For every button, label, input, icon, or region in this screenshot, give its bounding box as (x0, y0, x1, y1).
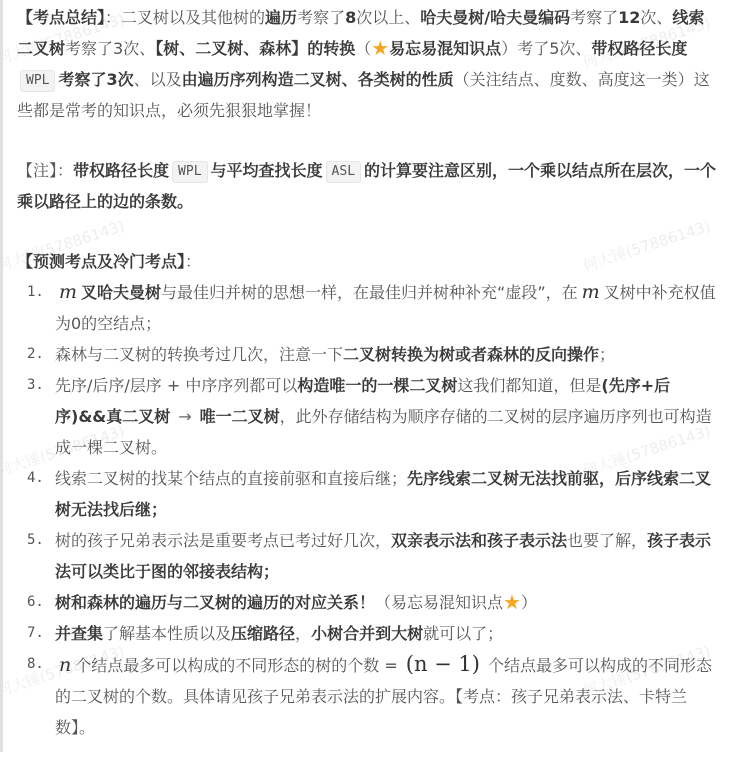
blockquote: 【考点总结】：二叉树以及其他树的遍历考察了8次以上、哈夫曼树/哈夫曼编码考察了1… (0, 0, 729, 752)
list-item: 5. 树的孩子兄弟表示法是重要考点已考过好几次，双亲表示法和孩子表示法也要了解，… (17, 525, 719, 587)
summary-heading: 【考点总结】 (17, 8, 105, 27)
inline-code-wpl: WPL (20, 70, 55, 92)
predict-heading: 【预测考点及冷门考点】 (17, 252, 185, 271)
list-number: 2. (27, 339, 44, 370)
list-item: 3. 先序/后序/层序 + 中序序列都可以构造唯一的一棵二叉树这我们都知道，但是… (17, 370, 719, 463)
list-number: 5. (27, 525, 44, 556)
inline-code-asl: ASL (326, 161, 361, 183)
inline-code-wpl: WPL (172, 161, 207, 183)
note-paragraph: 【注】：带权路径长度WPL与平均查找长度ASL的计算要注意区别，一个乘以结点所在… (17, 155, 719, 217)
list-number: 7. (27, 618, 44, 649)
list-number: 1. (27, 277, 44, 308)
star-icon: ★ (503, 590, 521, 614)
math-m: m (582, 281, 600, 303)
summary-paragraph: 【考点总结】：二叉树以及其他树的遍历考察了8次以上、哈夫曼树/哈夫曼编码考察了1… (17, 0, 719, 126)
list-number: 4. (27, 463, 44, 494)
note-heading: 【注】 (17, 161, 57, 180)
list-item: 1. m叉哈夫曼树与最佳归并树的思想一样，在最佳归并树种补充“虚段”，在m叉树中… (17, 277, 719, 339)
list-item: 2. 森林与二叉树的转换考过几次，注意一下二叉树转换为树或者森林的反向操作； (17, 339, 719, 370)
list-number: 6. (27, 587, 44, 618)
list-item: 8. n个结点最多可以构成的不同形态的树的个数 =(n − 1)个结点最多可以构… (17, 649, 719, 743)
predict-list: 1. m叉哈夫曼树与最佳归并树的思想一样，在最佳归并树种补充“虚段”，在m叉树中… (17, 277, 719, 743)
list-item: 6. 树和森林的遍历与二叉树的遍历的对应关系！（易忘易混知识点★） (17, 587, 719, 618)
predict-heading-line: 【预测考点及冷门考点】： (17, 246, 719, 277)
math-n-minus-1: (n − 1) (406, 652, 480, 676)
star-icon: ★ (371, 36, 389, 60)
list-number: 3. (27, 370, 44, 401)
list-item: 7. 并查集了解基本性质以及压缩路径，小树合并到大树就可以了； (17, 618, 719, 649)
math-n: n (59, 654, 71, 676)
list-item: 4. 线索二叉树的找某个结点的直接前驱和直接后继；先序线索二叉树无法找前驱，后序… (17, 463, 719, 525)
arrow-icon: → (178, 407, 191, 426)
list-number: 8. (27, 649, 44, 680)
math-m: m (59, 281, 77, 303)
